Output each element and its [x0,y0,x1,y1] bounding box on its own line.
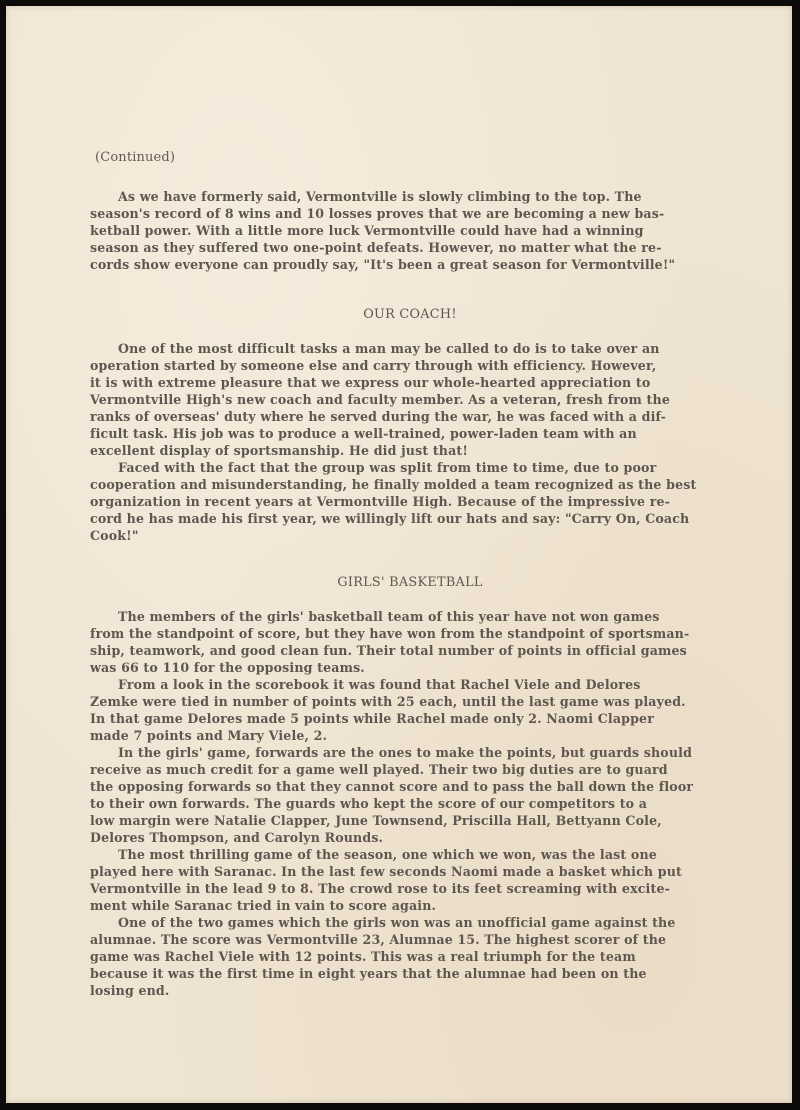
text-line: ment while Saranac tried in vain to scor… [90,897,730,914]
scan-frame: (Continued) As we have formerly said, Ve… [0,0,800,1110]
text-line: from the standpoint of score, but they h… [90,625,730,642]
text-line: was 66 to 110 for the opposing teams. [90,659,730,676]
text-line: game was Rachel Viele with 12 points. Th… [90,948,730,965]
text-line: Vermontville High's new coach and facult… [90,391,730,408]
text-line: The members of the girls' basketball tea… [90,608,730,625]
text-line: organization in recent years at Vermontv… [90,493,730,510]
text-line: ketball power. With a little more luck V… [90,222,730,239]
text-line: One of the two games which the girls won… [90,914,730,931]
text-line: In that game Delores made 5 points while… [90,710,730,727]
text-line: to their own forwards. The guards who ke… [90,795,730,812]
document-page: (Continued) As we have formerly said, Ve… [6,6,792,1103]
text-line: ship, teamwork, and good clean fun. Thei… [90,642,730,659]
text-line: cooperation and misunderstanding, he fin… [90,476,730,493]
text-line: Delores Thompson, and Carolyn Rounds. [90,829,730,846]
girls-paragraph-1: The members of the girls' basketball tea… [90,608,730,676]
text-line: season's record of 8 wins and 10 losses … [90,205,730,222]
text-line: cord he has made his first year, we will… [90,510,730,527]
text-line: low margin were Natalie Clapper, June To… [90,812,730,829]
text-line: cords show everyone can proudly say, "It… [90,256,730,273]
text-line: From a look in the scorebook it was foun… [90,676,730,693]
continued-label: (Continued) [95,149,175,166]
heading-our-coach: OUR COACH! [90,306,730,323]
text-line: In the girls' game, forwards are the one… [90,744,730,761]
text-line: As we have formerly said, Vermontville i… [90,188,730,205]
text-line: season as they suffered two one-point de… [90,239,730,256]
text-line: The most thrilling game of the season, o… [90,846,730,863]
text-line: One of the most difficult tasks a man ma… [90,340,730,357]
text-line: Faced with the fact that the group was s… [90,459,730,476]
text-line: it is with extreme pleasure that we expr… [90,374,730,391]
text-line: alumnae. The score was Vermontville 23, … [90,931,730,948]
text-line: losing end. [90,982,730,999]
text-line: Cook!" [90,527,730,544]
text-line: Zemke were tied in number of points with… [90,693,730,710]
text-line: ficult task. His job was to produce a we… [90,425,730,442]
text-line: excellent display of sportsmanship. He d… [90,442,730,459]
text-line: played here with Saranac. In the last fe… [90,863,730,880]
text-line: operation started by someone else and ca… [90,357,730,374]
text-line: because it was the first time in eight y… [90,965,730,982]
heading-girls-basketball: GIRLS' BASKETBALL [90,574,730,591]
text-line: made 7 points and Mary Viele, 2. [90,727,730,744]
coach-paragraph-2: Faced with the fact that the group was s… [90,459,730,544]
girls-paragraph-5: One of the two games which the girls won… [90,914,730,999]
girls-paragraph-4: The most thrilling game of the season, o… [90,846,730,914]
text-line: ranks of overseas' duty where he served … [90,408,730,425]
text-line: Vermontville in the lead 9 to 8. The cro… [90,880,730,897]
coach-paragraph-1: One of the most difficult tasks a man ma… [90,340,730,459]
text-line: receive as much credit for a game well p… [90,761,730,778]
girls-paragraph-3: In the girls' game, forwards are the one… [90,744,730,846]
girls-paragraph-2: From a look in the scorebook it was foun… [90,676,730,744]
intro-paragraph: As we have formerly said, Vermontville i… [90,188,730,273]
text-line: the opposing forwards so that they canno… [90,778,730,795]
